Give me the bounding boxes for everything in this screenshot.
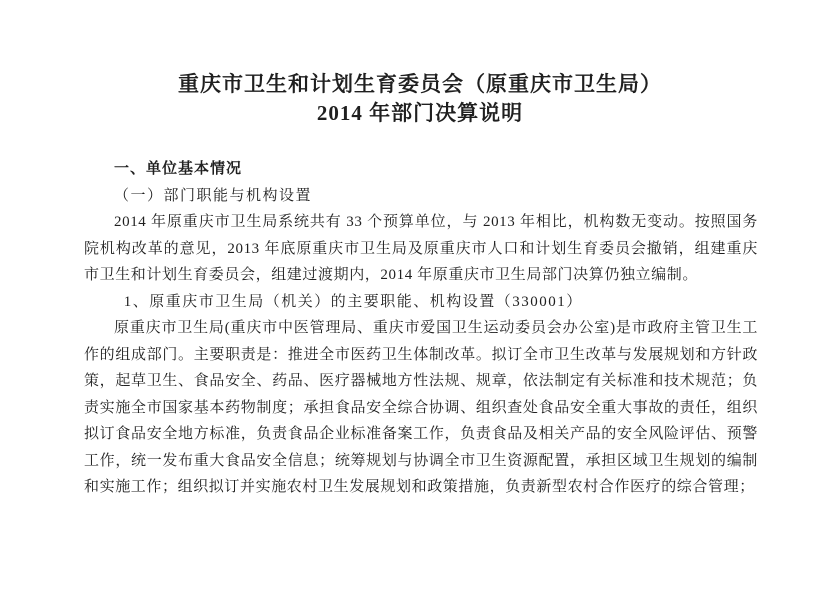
paragraph-budget-units: 2014 年原重庆市卫生局系统共有 33 个预算单位，与 2013 年相比，机构… [84,209,758,289]
paragraph-main-duties: 原重庆市卫生局(重庆市中医管理局、重庆市爱国卫生运动委员会办公室)是市政府主管卫… [84,315,758,501]
document-title: 重庆市卫生和计划生育委员会（原重庆市卫生局） 2014 年部门决算说明 [0,70,840,128]
section-heading: 一、单位基本情况 [84,156,758,183]
document-body: 一、单位基本情况 （一）部门职能与机构设置 2014 年原重庆市卫生局系统共有 … [84,156,758,501]
document-title-line-2: 2014 年部门决算说明 [0,99,840,128]
document-title-line-1: 重庆市卫生和计划生育委员会（原重庆市卫生局） [0,70,840,99]
subsection-heading: （一）部门职能与机构设置 [84,183,758,210]
paragraph-item-1-heading: 1、原重庆市卫生局（机关）的主要职能、机构设置（330001） [84,289,758,316]
document-page: 重庆市卫生和计划生育委员会（原重庆市卫生局） 2014 年部门决算说明 一、单位… [0,0,840,594]
